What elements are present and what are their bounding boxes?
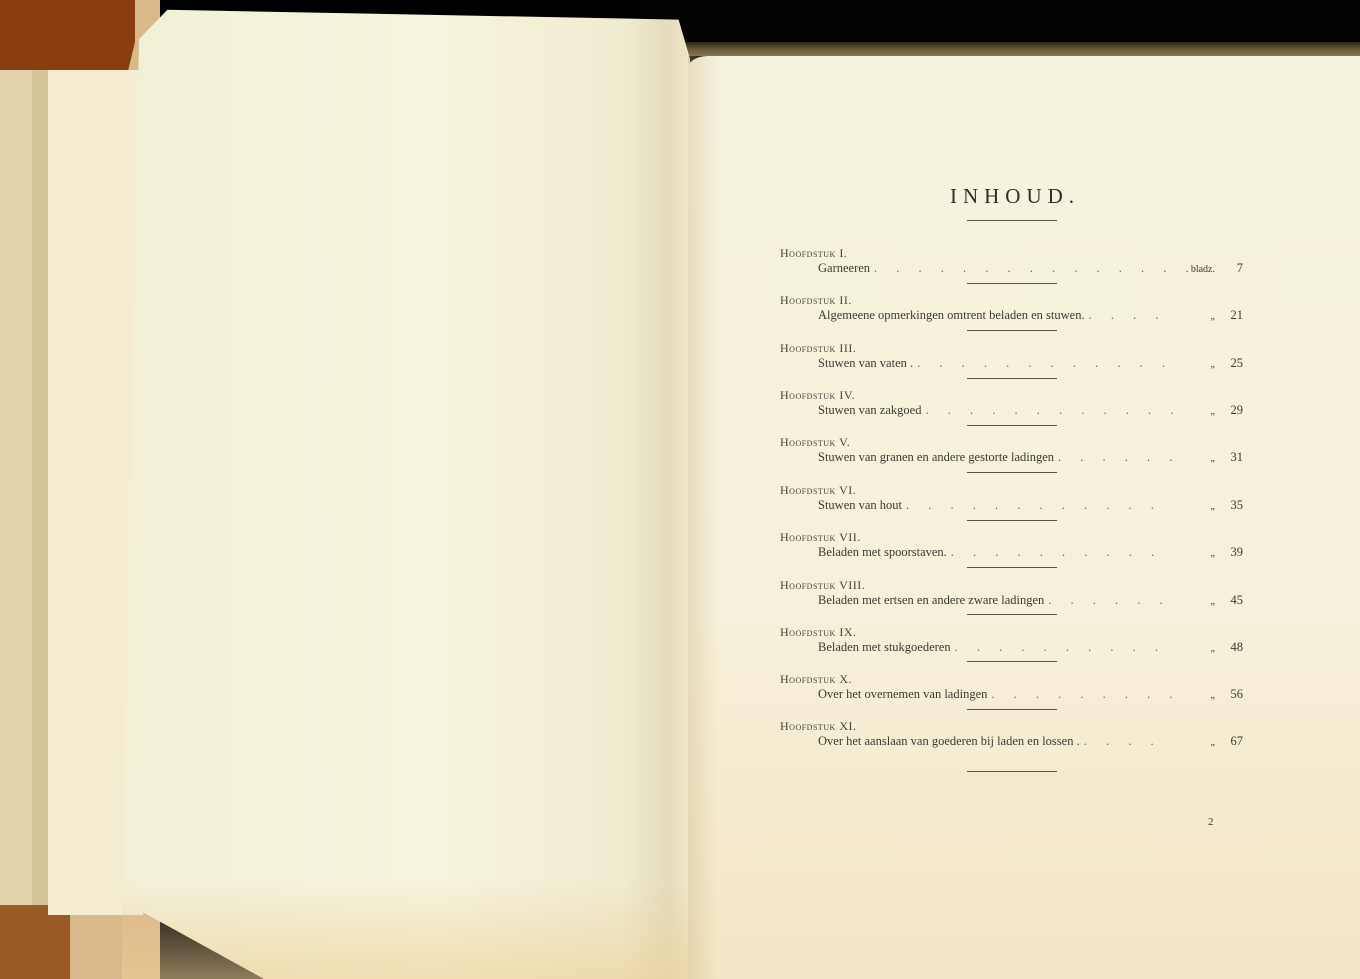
dot-leader: . . . . . . . . . . . . . . . . . . . . …	[874, 261, 1173, 276]
divider	[967, 425, 1057, 426]
page-ref-label: „	[1177, 311, 1215, 322]
page-ref-number: 39	[1215, 545, 1243, 560]
page-ref-label: „	[1177, 596, 1215, 607]
chapter-title: Stuwen van hout	[818, 498, 902, 513]
divider	[967, 520, 1057, 521]
page-ref-label: „	[1177, 643, 1215, 654]
page-ref-number: 56	[1215, 687, 1243, 702]
chapter-title: Garneeren	[818, 261, 870, 276]
cover-corner-bottom	[0, 905, 70, 979]
divider	[967, 378, 1057, 379]
divider	[967, 771, 1057, 772]
toc-entry: Hoofdstuk IX. Beladen met stukgoederen .…	[780, 625, 1250, 665]
endpaper-strip	[0, 70, 32, 905]
page-ref-number: 29	[1215, 403, 1243, 418]
dot-leader: . . . . . . . . . . . . . . . . . . . . …	[1048, 593, 1173, 608]
chapter-heading: Hoofdstuk II.	[780, 293, 852, 308]
divider	[967, 567, 1057, 568]
chapter-title: Over het overnemen van ladingen	[818, 687, 987, 702]
chapter-heading: Hoofdstuk IV.	[780, 388, 855, 403]
toc-entry: Hoofdstuk V. Stuwen van granen en andere…	[780, 435, 1250, 475]
divider	[967, 614, 1057, 615]
dot-leader: . . . . . . . . . . . . . . . . . . . . …	[1084, 734, 1173, 749]
toc-line: Beladen met stukgoederen . . . . . . . .…	[818, 640, 1243, 656]
dot-leader: . . . . . . . . . . . . . . . . . . . . …	[991, 687, 1173, 702]
page-number: 2	[1208, 816, 1214, 828]
toc-entry: Hoofdstuk VII. Beladen met spoorstaven. …	[780, 530, 1250, 570]
chapter-heading: Hoofdstuk X.	[780, 672, 852, 687]
toc-line: Over het aanslaan van goederen bij laden…	[818, 734, 1243, 750]
chapter-heading: Hoofdstuk III.	[780, 341, 856, 356]
chapter-heading: Hoofdstuk VI.	[780, 483, 856, 498]
toc-line: Beladen met ertsen en andere zware ladin…	[818, 593, 1243, 609]
divider	[967, 330, 1057, 331]
gutter-shadow	[688, 56, 718, 979]
toc-line: Stuwen van hout . . . . . . . . . . . . …	[818, 498, 1243, 514]
chapter-title: Beladen met stukgoederen	[818, 640, 951, 655]
chapter-title: Stuwen van vaten .	[818, 356, 913, 371]
toc-line: Over het overnemen van ladingen . . . . …	[818, 687, 1243, 703]
chapter-heading: Hoofdstuk XI.	[780, 719, 857, 734]
blank-left-page	[122, 0, 690, 979]
page-ref-label: „	[1177, 548, 1215, 559]
divider	[967, 283, 1057, 284]
chapter-heading: Hoofdstuk IX.	[780, 625, 857, 640]
page-ref-label: „	[1177, 406, 1215, 417]
dot-leader: . . . . . . . . . . . . . . . . . . . . …	[925, 403, 1173, 418]
divider	[967, 220, 1057, 221]
divider	[967, 661, 1057, 662]
chapter-title: Stuwen van granen en andere gestorte lad…	[818, 450, 1054, 465]
chapter-heading: Hoofdstuk VII.	[780, 530, 861, 545]
page-ref-label: „	[1177, 501, 1215, 512]
dot-leader: . . . . . . . . . . . . . . . . . . . . …	[917, 356, 1173, 371]
toc-line: Algemeene opmerkingen omtrent beladen en…	[818, 308, 1243, 324]
chapter-heading: Hoofdstuk V.	[780, 435, 850, 450]
toc-entry: Hoofdstuk III. Stuwen van vaten . . . . …	[780, 341, 1250, 381]
page-ref-label: „	[1177, 690, 1215, 701]
dot-leader: . . . . . . . . . . . . . . . . . . . . …	[951, 545, 1173, 560]
page-ref-number: 21	[1215, 308, 1243, 323]
dot-leader: . . . . . . . . . . . . . . . . . . . . …	[1089, 308, 1173, 323]
page-ref-number: 25	[1215, 356, 1243, 371]
chapter-title: Beladen met ertsen en andere zware ladin…	[818, 593, 1044, 608]
toc-entry: Hoofdstuk XI. Over het aanslaan van goed…	[780, 719, 1250, 759]
page-title: INHOUD.	[940, 184, 1090, 209]
toc-line: Stuwen van zakgoed . . . . . . . . . . .…	[818, 403, 1243, 419]
page-ref-label: . bladz.	[1177, 264, 1215, 275]
dot-leader: . . . . . . . . . . . . . . . . . . . . …	[906, 498, 1173, 513]
page-ref-label: „	[1177, 453, 1215, 464]
chapter-title: Stuwen van zakgoed	[818, 403, 921, 418]
book-photo: INHOUD. Hoofdstuk I. Garneeren . . . . .…	[0, 0, 1360, 979]
divider	[967, 709, 1057, 710]
page-ref-number: 67	[1215, 734, 1243, 749]
toc-line: Stuwen van vaten . . . . . . . . . . . .…	[818, 356, 1243, 372]
endpaper-strip	[32, 70, 48, 905]
page-ref-number: 7	[1215, 261, 1243, 276]
toc-entry: Hoofdstuk X. Over het overnemen van ladi…	[780, 672, 1250, 712]
page-ref-number: 48	[1215, 640, 1243, 655]
toc-entry: Hoofdstuk VIII. Beladen met ertsen en an…	[780, 578, 1250, 618]
page-ref-label: „	[1177, 359, 1215, 370]
toc-entry: Hoofdstuk IV. Stuwen van zakgoed . . . .…	[780, 388, 1250, 428]
chapter-title: Algemeene opmerkingen omtrent beladen en…	[818, 308, 1085, 323]
toc-entry: Hoofdstuk VI. Stuwen van hout . . . . . …	[780, 483, 1250, 523]
page-ref-number: 31	[1215, 450, 1243, 465]
book-edge	[680, 42, 1360, 56]
toc-entry: Hoofdstuk I. Garneeren . . . . . . . . .…	[780, 246, 1250, 286]
page-ref-number: 45	[1215, 593, 1243, 608]
toc-line: Garneeren . . . . . . . . . . . . . . . …	[818, 261, 1243, 277]
dot-leader: . . . . . . . . . . . . . . . . . . . . …	[1058, 450, 1173, 465]
chapter-heading: Hoofdstuk VIII.	[780, 578, 865, 593]
chapter-title: Over het aanslaan van goederen bij laden…	[818, 734, 1080, 749]
divider	[967, 472, 1057, 473]
toc-line: Stuwen van granen en andere gestorte lad…	[818, 450, 1243, 466]
toc-entry: Hoofdstuk II. Algemeene opmerkingen omtr…	[780, 293, 1250, 333]
page-ref-label: „	[1177, 737, 1215, 748]
cover-corner-top	[0, 0, 135, 70]
chapter-title: Beladen met spoorstaven.	[818, 545, 947, 560]
toc-line: Beladen met spoorstaven. . . . . . . . .…	[818, 545, 1243, 561]
chapter-heading: Hoofdstuk I.	[780, 246, 847, 261]
page-ref-number: 35	[1215, 498, 1243, 513]
page-shadow	[122, 880, 690, 979]
dot-leader: . . . . . . . . . . . . . . . . . . . . …	[955, 640, 1173, 655]
